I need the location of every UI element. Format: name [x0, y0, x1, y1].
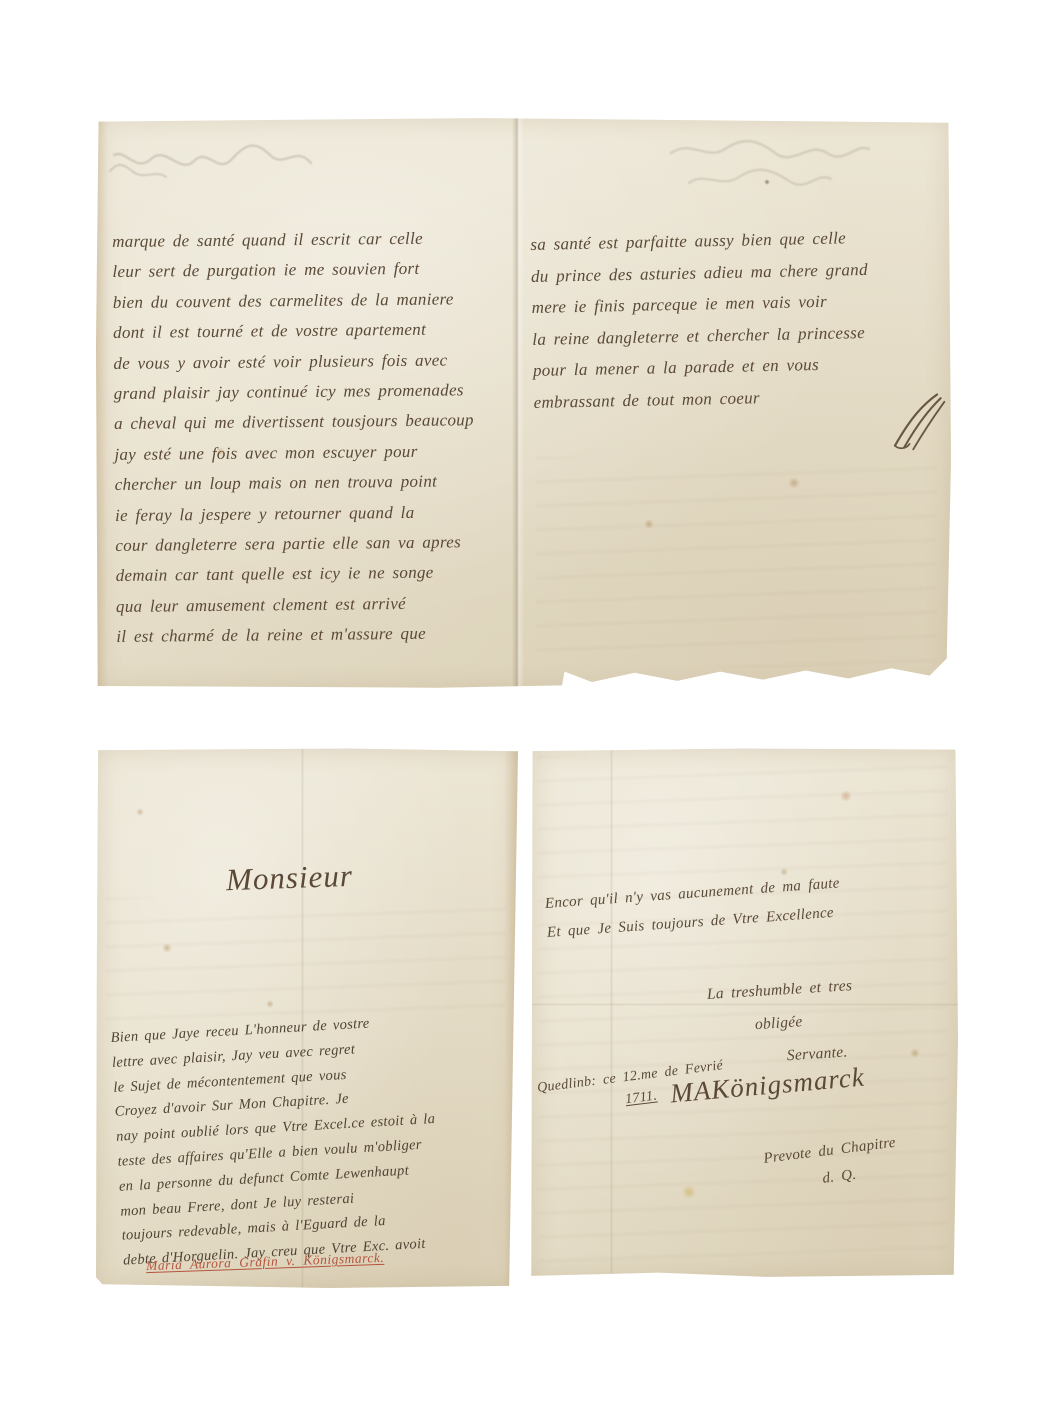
handwritten-line: embrassant de tout mon coeur — [533, 380, 870, 419]
signature-title: Prevote du Chapitred. Q. — [762, 1130, 901, 1200]
handwritten-line: cour dangleterre sera partie elle san va… — [115, 527, 475, 561]
foxing-spot — [266, 1000, 274, 1008]
foxing-spot — [910, 1048, 920, 1058]
handwritten-line: grand plaisir jay continué icy mes prome… — [114, 375, 474, 409]
center-fold-crease — [512, 117, 524, 690]
handwritten-line: ie feray la jespere y retourner quand la — [115, 497, 475, 531]
aged-paper-edge — [504, 748, 518, 1288]
bottom-left-letter-body: Bien que Jaye receu L'honneur de vostrel… — [110, 1008, 443, 1273]
handwritten-line: jay esté une fois avec mon escuyer pour — [114, 436, 474, 470]
foxing-spot — [840, 790, 852, 802]
foxing-spot — [682, 1185, 696, 1199]
top-letter-left-page-text: marque de santé quand il escrit car cell… — [112, 223, 476, 652]
salutation: Monsieur — [225, 858, 353, 898]
foxing-spot — [788, 477, 800, 489]
closing-formula: La treshumble et tresobligéeServante. — [706, 969, 857, 1077]
handwritten-line: a cheval qui me divertissent tousjours b… — [114, 406, 474, 440]
bottom-right-letter-body: Encor qu'il n'y vas aucunement de ma fau… — [544, 869, 843, 946]
scanned-letters-canvas: marque de santé quand il escrit car cell… — [0, 0, 1041, 1427]
bottom-left-letter-page: Monsieur Bien que Jaye receu L'honneur d… — [96, 748, 518, 1288]
foxing-spot — [162, 943, 172, 953]
show-through-writing — [641, 131, 881, 211]
handwritten-line: demain car tant quelle est icy ie ne son… — [116, 558, 476, 592]
handwritten-line: qua leur amusement clement est arrivé — [116, 588, 476, 622]
handwritten-line: chercher un loup mais on nen trouva poin… — [115, 466, 475, 500]
handwritten-line: de vous y avoir esté voir plusieurs fois… — [113, 345, 473, 379]
show-through-band — [106, 898, 506, 1028]
aged-paper-edge — [96, 117, 108, 690]
handwritten-line: il est charmé de la reine et m'assure qu… — [116, 618, 476, 652]
show-through-writing — [106, 125, 316, 185]
handwritten-line: leur sert de purgation ie me souvien for… — [112, 254, 472, 288]
foxing-spot — [136, 808, 144, 816]
handwritten-line: marque de santé quand il escrit car cell… — [112, 223, 472, 257]
handwritten-line: dont il est tourné et de vostre aparteme… — [113, 314, 473, 348]
top-letter-right-page-text: sa santé est parfaitte aussy bien que ce… — [530, 222, 871, 419]
signature-flourish-icon — [884, 389, 948, 453]
foxing-spot — [644, 519, 654, 529]
handwritten-line: bien du couvent des carmelites de la man… — [113, 284, 473, 318]
fold-crease — [610, 748, 613, 1279]
bottom-right-letter-page: Encor qu'il n'y vas aucunement de ma fau… — [530, 748, 958, 1279]
top-letter-spread: marque de santé quand il escrit car cell… — [96, 117, 951, 690]
show-through-band — [536, 457, 936, 667]
